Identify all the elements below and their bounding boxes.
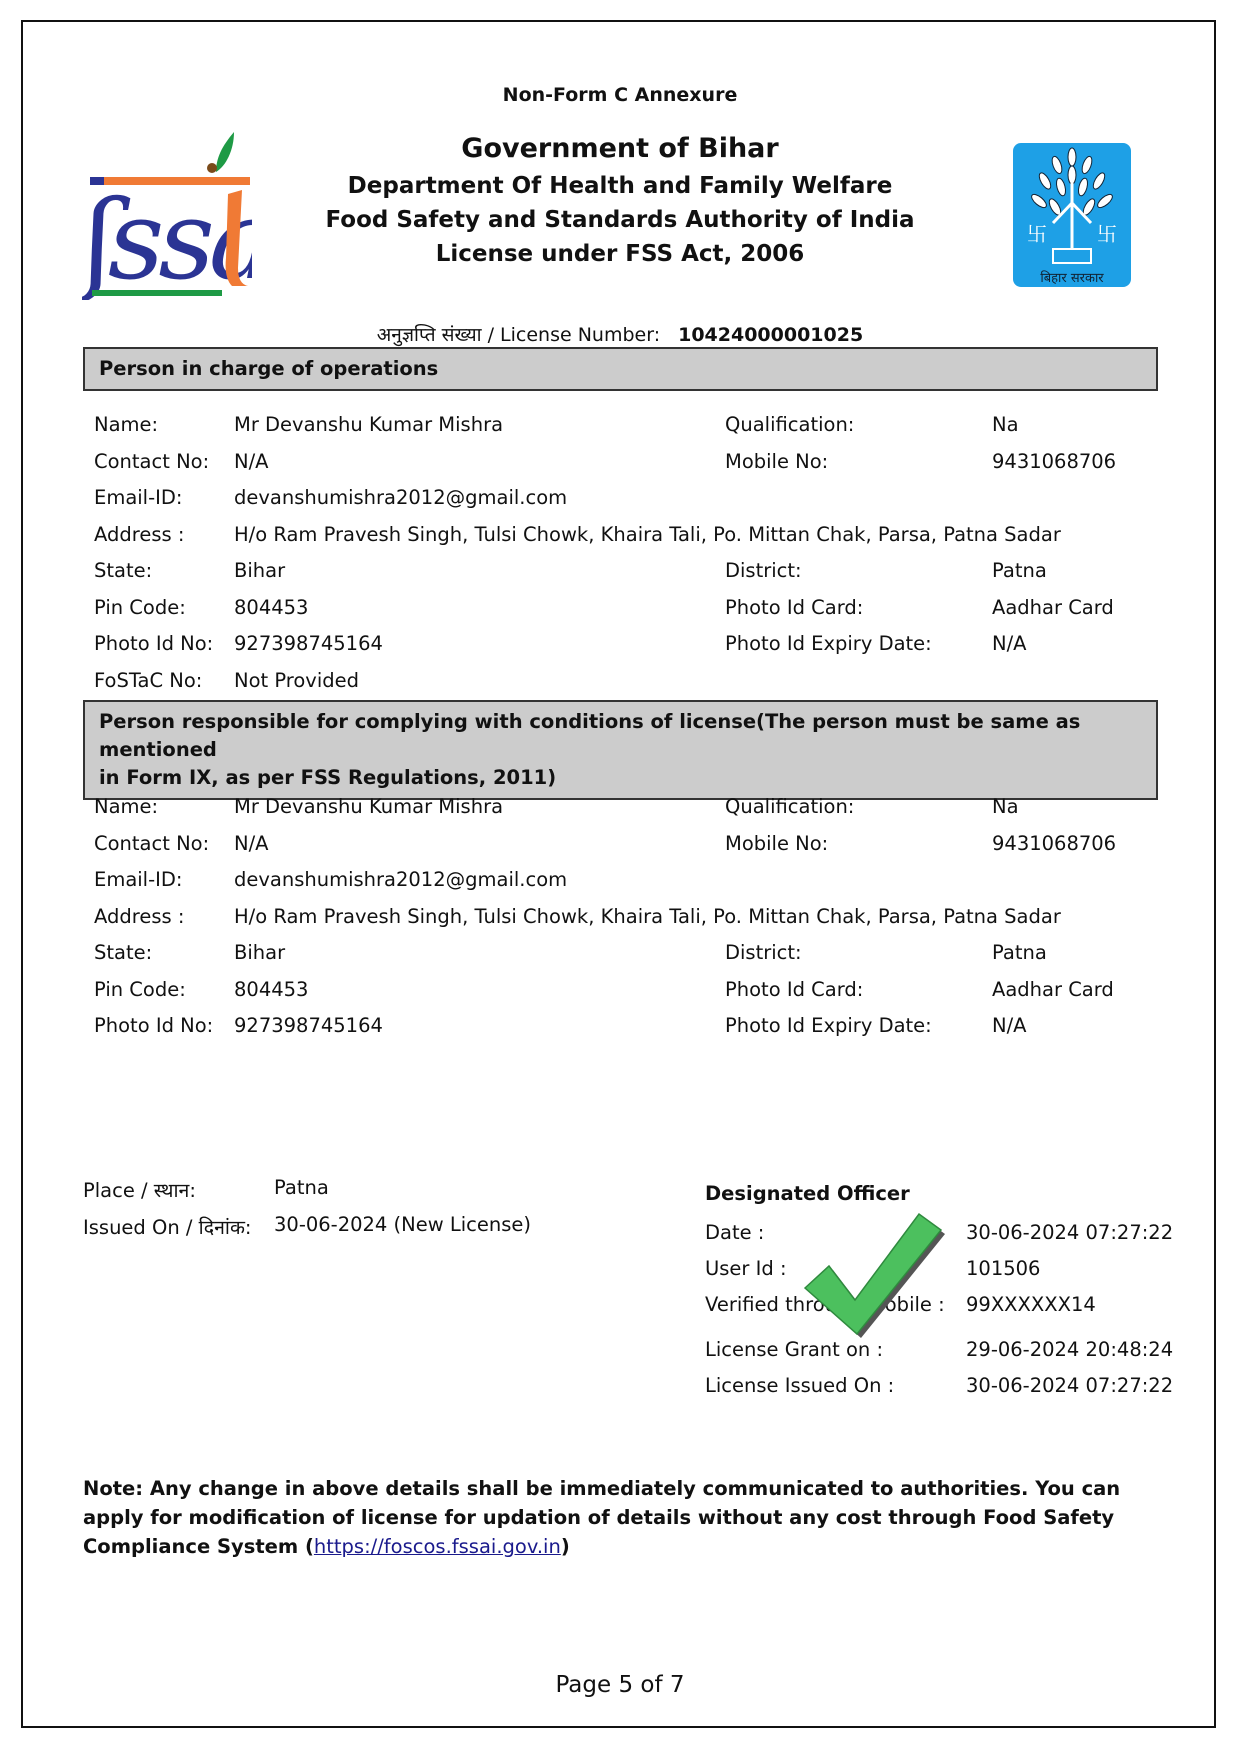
- s1-photo-id-no-label: Photo Id No:: [94, 632, 213, 655]
- s2-mobile: 9431068706: [992, 832, 1116, 855]
- section2-title-line2: in Form IX, as per FSS Regulations, 2011…: [99, 764, 1142, 792]
- s1-pin-label: Pin Code:: [94, 596, 186, 619]
- place-value: Patna: [274, 1176, 329, 1199]
- s1-contact: N/A: [234, 450, 269, 473]
- note-text: Note: Any change in above details shall …: [83, 1477, 1120, 1558]
- svg-text:卐: 卐: [1027, 222, 1047, 246]
- s2-contact: N/A: [234, 832, 269, 855]
- svg-text:बिहार सरकार: बिहार सरकार: [1040, 270, 1104, 286]
- officer-date: 30-06-2024 07:27:22: [966, 1221, 1173, 1244]
- section-person-in-charge-header: Person in charge of operations: [83, 347, 1158, 391]
- s2-mobile-label: Mobile No:: [725, 832, 828, 855]
- officer-verified: 99XXXXXX14: [966, 1293, 1096, 1316]
- license-number: 10424000001025: [678, 324, 863, 346]
- s1-name: Mr Devanshu Kumar Mishra: [234, 413, 503, 436]
- s1-mobile-label: Mobile No:: [725, 450, 828, 473]
- s2-name: Mr Devanshu Kumar Mishra: [234, 795, 503, 818]
- svg-text:ʃssa: ʃssa: [82, 176, 252, 300]
- s2-photo-id-card: Aadhar Card: [992, 978, 1114, 1001]
- s1-fostac-label: FoSTaC No:: [94, 669, 202, 692]
- s2-contact-label: Contact No:: [94, 832, 209, 855]
- s1-photo-id-card: Aadhar Card: [992, 596, 1114, 619]
- license-issued: 30-06-2024 07:27:22: [966, 1374, 1173, 1397]
- foscos-link[interactable]: https://foscos.fssai.gov.in: [314, 1535, 561, 1558]
- s2-address: H/o Ram Pravesh Singh, Tulsi Chowk, Khai…: [234, 905, 1061, 928]
- officer-user-id: 101506: [966, 1257, 1040, 1280]
- issued-on-value: 30-06-2024 (New License): [274, 1213, 531, 1236]
- designated-officer-title: Designated Officer: [705, 1182, 910, 1205]
- s1-district-label: District:: [725, 559, 802, 582]
- s1-qualification: Na: [992, 413, 1019, 436]
- page-number: Page 5 of 7: [0, 1672, 1240, 1698]
- license-number-line: अनुज्ञप्ति संख्या / License Number:10424…: [0, 321, 1240, 347]
- bihar-emblem-icon: 卐 卐 बिहार सरकार: [1013, 143, 1131, 287]
- s2-pin-label: Pin Code:: [94, 978, 186, 1001]
- note-paragraph: Note: Any change in above details shall …: [83, 1474, 1163, 1561]
- annexure-title: Non-Form C Annexure: [0, 84, 1240, 106]
- s1-address-label: Address :: [94, 523, 184, 546]
- place-label: Place / स्थान:: [83, 1176, 196, 1203]
- s2-photo-id-no-label: Photo Id No:: [94, 1014, 213, 1037]
- s2-photo-id-card-label: Photo Id Card:: [725, 978, 863, 1001]
- government-title: Government of Bihar: [300, 133, 940, 164]
- s1-photo-id-expiry: N/A: [992, 632, 1027, 655]
- s1-photo-id-expiry-label: Photo Id Expiry Date:: [725, 632, 932, 655]
- s2-email: devanshumishra2012@gmail.com: [234, 868, 567, 891]
- s2-district-label: District:: [725, 941, 802, 964]
- section2-title-line1: Person responsible for complying with co…: [99, 708, 1142, 764]
- s1-fostac: Not Provided: [234, 669, 359, 692]
- issued-on-label: Issued On / दिनांक:: [83, 1213, 252, 1240]
- s2-photo-id-expiry: N/A: [992, 1014, 1027, 1037]
- department-title: Department Of Health and Family Welfare: [300, 173, 940, 199]
- s1-email-label: Email-ID:: [94, 486, 182, 509]
- s2-name-label: Name:: [94, 795, 158, 818]
- s1-state-label: State:: [94, 559, 152, 582]
- officer-date-label: Date :: [705, 1221, 764, 1244]
- authority-title: Food Safety and Standards Authority of I…: [300, 207, 940, 233]
- verified-checkmark-icon: [795, 1208, 945, 1348]
- s1-name-label: Name:: [94, 413, 158, 436]
- s1-contact-label: Contact No:: [94, 450, 209, 473]
- s2-address-label: Address :: [94, 905, 184, 928]
- s2-qualification-label: Qualification:: [725, 795, 854, 818]
- act-title: License under FSS Act, 2006: [300, 241, 940, 267]
- s1-mobile: 9431068706: [992, 450, 1116, 473]
- s2-state-label: State:: [94, 941, 152, 964]
- s2-district: Patna: [992, 941, 1047, 964]
- s2-qualification: Na: [992, 795, 1019, 818]
- s2-state: Bihar: [234, 941, 285, 964]
- license-grant: 29-06-2024 20:48:24: [966, 1338, 1173, 1361]
- s1-photo-id-no: 927398745164: [234, 632, 383, 655]
- s2-photo-id-expiry-label: Photo Id Expiry Date:: [725, 1014, 932, 1037]
- s1-address: H/o Ram Pravesh Singh, Tulsi Chowk, Khai…: [234, 523, 1061, 546]
- s2-pin: 804453: [234, 978, 308, 1001]
- officer-user-id-label: User Id :: [705, 1257, 787, 1280]
- s1-state: Bihar: [234, 559, 285, 582]
- note-close: ): [561, 1535, 570, 1558]
- section-person-responsible-header: Person responsible for complying with co…: [83, 700, 1158, 800]
- s1-district: Patna: [992, 559, 1047, 582]
- license-number-label: अनुज्ञप्ति संख्या / License Number:: [377, 324, 660, 346]
- s1-pin: 804453: [234, 596, 308, 619]
- s1-qualification-label: Qualification:: [725, 413, 854, 436]
- svg-text:卐: 卐: [1097, 222, 1117, 246]
- license-issued-label: License Issued On :: [705, 1374, 894, 1397]
- s2-photo-id-no: 927398745164: [234, 1014, 383, 1037]
- s2-email-label: Email-ID:: [94, 868, 182, 891]
- s1-photo-id-card-label: Photo Id Card:: [725, 596, 863, 619]
- fssai-logo-icon: ʃssa: [82, 128, 252, 300]
- s1-email: devanshumishra2012@gmail.com: [234, 486, 567, 509]
